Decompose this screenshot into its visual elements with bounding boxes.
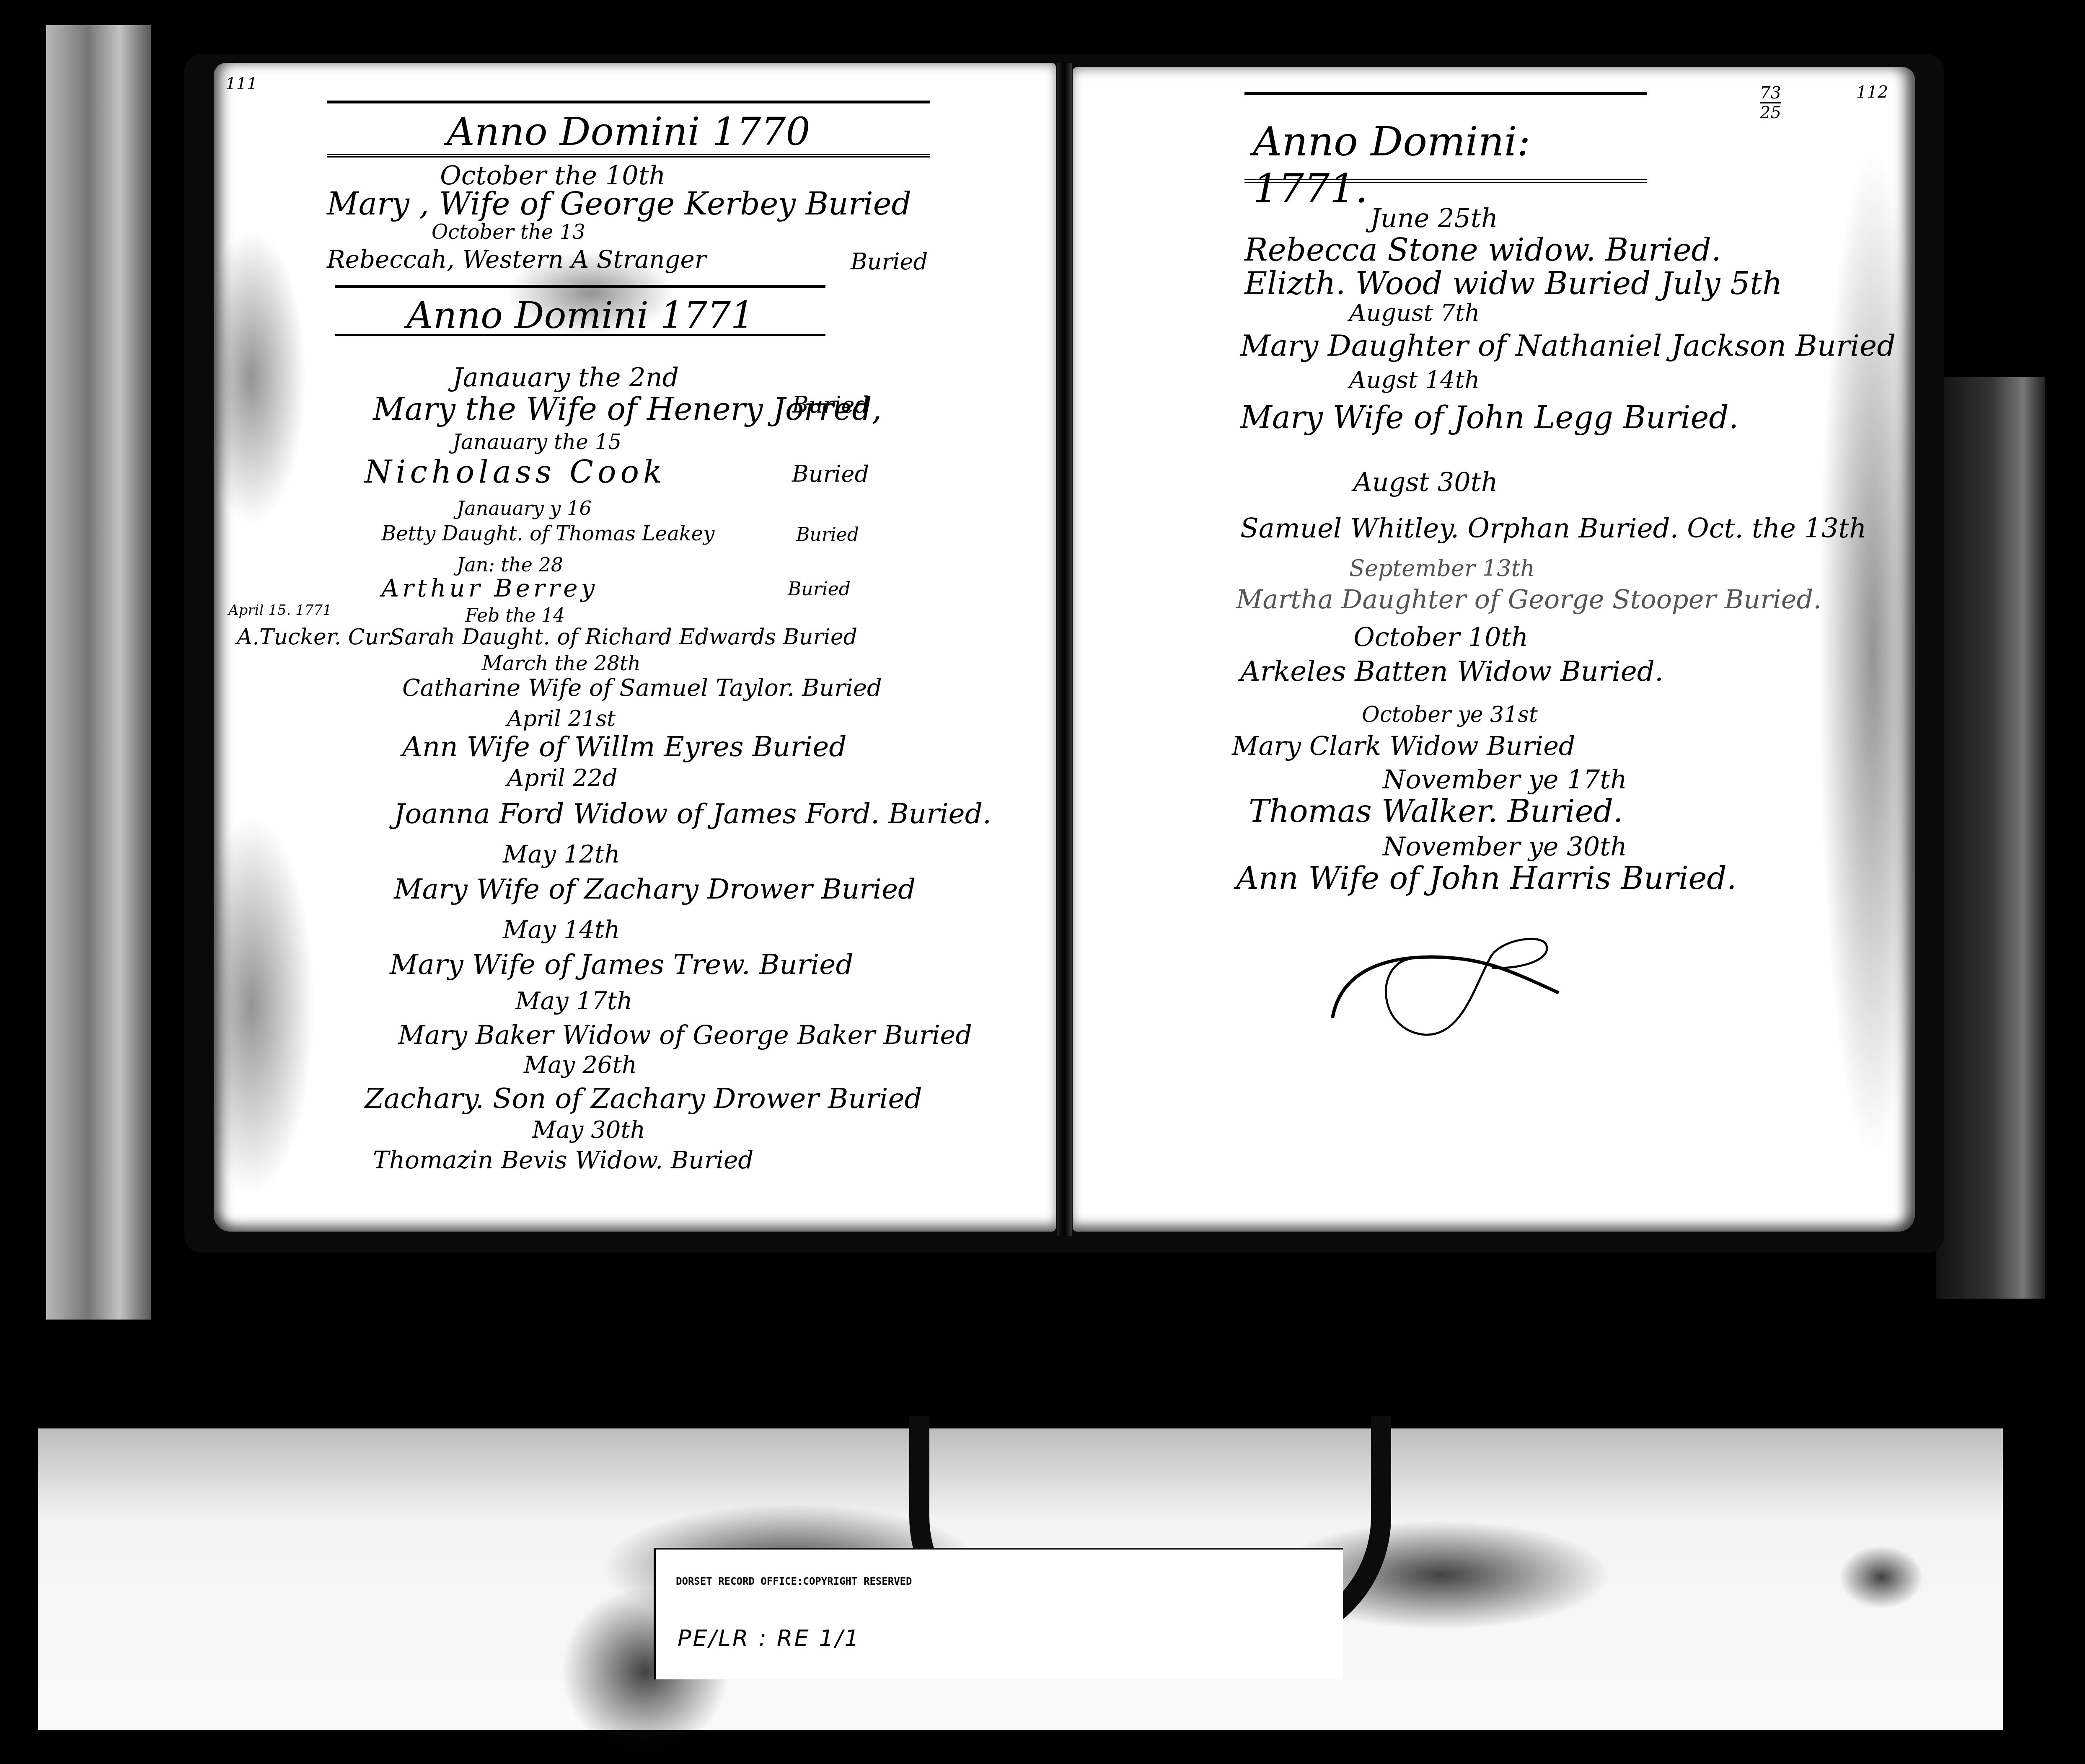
entry-date: March the 28th — [482, 653, 641, 674]
entry-date: October 10th — [1353, 624, 1528, 650]
entry-text: Ann Wife of John Harris Buried. — [1236, 863, 1736, 894]
entry-date: May 17th — [515, 989, 633, 1013]
entry-date: June 25th — [1370, 205, 1498, 231]
entry-date: Janauary the 2nd — [453, 364, 679, 390]
entry-date: Janauary the 15 — [453, 431, 621, 452]
entry-text: Nicholass Cook — [365, 457, 666, 488]
entry-text: Mary , Wife of George Kerbey Buried — [327, 189, 911, 220]
entry-date: Feb the 14 — [465, 607, 565, 625]
entry-date: Janauary y 16 — [457, 498, 592, 518]
entry-date: May 26th — [524, 1054, 637, 1077]
entry-date: Augst 30th — [1353, 469, 1498, 495]
page-number: 112 — [1856, 84, 1888, 101]
entry-text: Elizth. Wood widw Buried July 5th — [1244, 268, 1782, 299]
corner-tally: 73 25 — [1760, 84, 1781, 122]
entry-text: Mary Clark Widow Buried — [1232, 733, 1575, 759]
tally-top: 73 — [1760, 83, 1781, 103]
entry-text: Thomas Walker. Buried. — [1249, 796, 1623, 827]
entry-text: Catharine Wife of Samuel Taylor. Buried — [402, 677, 882, 700]
entry-text: Arkeles Batten Widow Buried. — [1240, 658, 1663, 685]
entry-text: Sarah Daught. of Richard Edwards Buried — [390, 626, 857, 648]
section-heading-banner: Anno Domini 1770 — [327, 101, 930, 158]
entry-text: Mary Baker Widow of George Baker Buried — [398, 1022, 972, 1048]
entry-status: Buried — [792, 463, 869, 486]
entry-date: May 12th — [503, 842, 620, 866]
archive-reference: PE/LR : RE 1/1 — [678, 1625, 861, 1651]
entry-text: Betty Daught. of Thomas Leakey — [381, 524, 714, 544]
entry-status: Buried — [851, 251, 928, 273]
binding-edge-right — [1936, 377, 2045, 1299]
archive-label: DORSET RECORD OFFICE:COPYRIGHT RESERVED … — [654, 1548, 1343, 1679]
tally-bottom: 25 — [1760, 102, 1781, 122]
entry-text: Samuel Whitley. Orphan Buried. Oct. the … — [1240, 515, 1867, 542]
section-heading: Anno Domini 1771 — [335, 294, 825, 337]
entry-text: Zachary. Son of Zachary Drower Buried — [365, 1085, 922, 1113]
entry-date: April 22d — [507, 767, 618, 790]
entry-text: Mary Wife of James Trew. Buried — [390, 951, 854, 979]
section-heading: Anno Domini: 1771. — [1253, 118, 1647, 212]
entry-date: September 13th — [1349, 557, 1535, 580]
entry-text: Mary Wife of Zachary Drower Buried — [394, 876, 916, 903]
section-heading: Anno Domini 1770 — [327, 109, 930, 154]
section-heading-banner: Anno Domini 1771 — [335, 285, 825, 336]
entry-text: Rebecca Stone widow. Buried. — [1244, 235, 1721, 266]
entry-date: April 21st — [507, 708, 616, 730]
entry-date: October the 13 — [432, 222, 585, 242]
right-page: 112 73 25 Anno Domini: 1771. June 25th R… — [1073, 67, 1915, 1232]
entry-date: May 14th — [503, 917, 620, 942]
entry-date: November ye 17th — [1383, 767, 1627, 793]
entry-date: October the 10th — [440, 163, 666, 189]
entry-date: Jan: the 28 — [457, 555, 563, 574]
entry-status: Buried — [792, 394, 869, 416]
page-number: 111 — [225, 75, 257, 92]
entry-text: Mary Daughter of Nathaniel Jackson Burie… — [1240, 331, 1896, 360]
entry-date: Augst 14th — [1349, 369, 1480, 392]
entry-date: October ye 31st — [1362, 704, 1538, 726]
page-gutter — [1057, 63, 1072, 1236]
entry-text: Mary Wife of John Legg Buried. — [1240, 402, 1738, 433]
copyright-notice: DORSET RECORD OFFICE:COPYRIGHT RESERVED — [676, 1575, 912, 1587]
margin-note-date: April 15. 1771 — [228, 603, 332, 617]
entry-status: Buried — [788, 580, 851, 599]
entry-date: November ye 30th — [1383, 834, 1627, 860]
entry-date: May 30th — [532, 1118, 645, 1142]
closing-flourish-icon — [1324, 922, 1617, 1047]
entry-text: Rebeccah, Western A Stranger — [327, 247, 706, 271]
entry-text: Thomazin Bevis Widow. Buried — [373, 1148, 753, 1172]
entry-text: Martha Daughter of George Stooper Buried… — [1236, 586, 1821, 612]
margin-note-signature: A.Tucker. Cur. — [237, 626, 394, 648]
entry-status: Buried — [796, 526, 859, 544]
entry-text: Arthur Berrey — [381, 576, 598, 600]
microfilm-scan: 111 Anno Domini 1770 October the 10th Ma… — [0, 0, 2085, 1764]
entry-date: August 7th — [1349, 302, 1480, 325]
entry-text: Ann Wife of Willm Eyres Buried — [402, 733, 847, 761]
entry-text: Joanna Ford Widow of James Ford. Buried. — [394, 800, 991, 828]
binding-edge-left — [46, 25, 151, 1320]
section-heading-banner: Anno Domini: 1771. — [1244, 92, 1647, 183]
